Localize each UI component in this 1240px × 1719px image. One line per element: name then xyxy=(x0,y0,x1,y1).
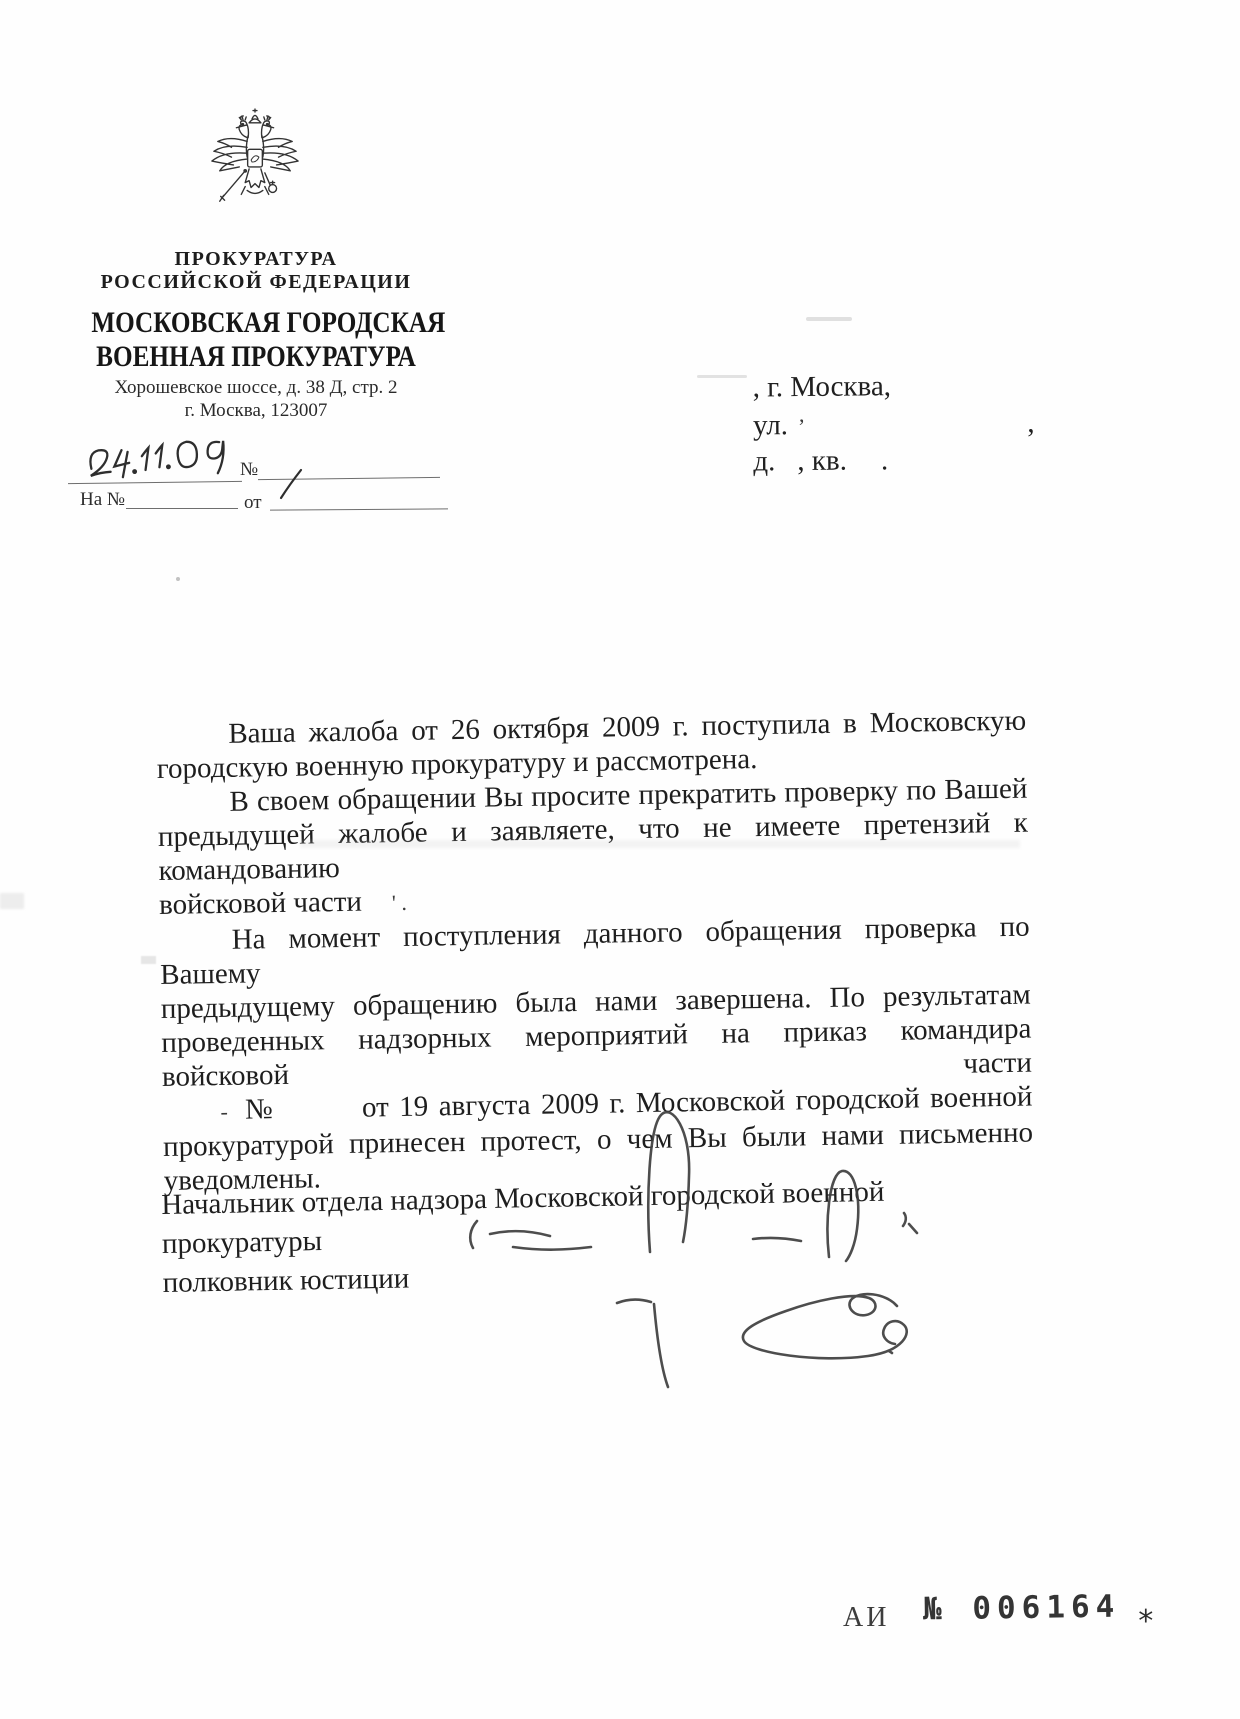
letterhead-address: Хорошевское шоссе, д. 38 Д, стр. 2 г. Мо… xyxy=(60,376,452,422)
outgoing-number-sign: № xyxy=(240,459,258,481)
ref-from-label: от xyxy=(244,492,262,514)
ref-number-underline xyxy=(126,508,238,509)
stamp-number: № 006164 xyxy=(923,1589,1121,1628)
org-name-line1: МОСКОВСКАЯ ГОРОДСКАЯ xyxy=(91,306,420,340)
scan-artifact xyxy=(141,956,156,964)
recipient-city-line: , г. Москва, xyxy=(753,367,1083,406)
scan-artifact xyxy=(0,893,24,909)
ref-from-underline xyxy=(270,508,448,510)
russian-coat-of-arms-icon xyxy=(206,106,304,222)
street-suffix: , xyxy=(1027,407,1035,439)
handwritten-slash xyxy=(278,468,304,500)
order-number-sign: № xyxy=(242,1093,277,1126)
letterhead-org-top: ПРОКУРАТУРА РОССИЙСКОЙ ФЕДЕРАЦИИ xyxy=(60,248,452,294)
redaction-remnant: ' . xyxy=(392,890,407,915)
scanned-letter-page: ПРОКУРАТУРА РОССИЙСКОЙ ФЕДЕРАЦИИ МОСКОВС… xyxy=(0,0,1240,1719)
address-line2: г. Москва, 123007 xyxy=(60,399,452,422)
org-top-line2: РОССИЙСКОЙ ФЕДЕРАЦИИ xyxy=(60,271,452,294)
recipient-house-line: д., кв.. xyxy=(753,441,1083,480)
handwritten-date xyxy=(84,438,244,480)
line-end-period: . xyxy=(881,444,889,476)
stamp-asterisk: * xyxy=(1137,1604,1155,1639)
redaction-mark: ’ xyxy=(798,414,806,439)
scan-artifact xyxy=(697,375,747,378)
house-label: д. xyxy=(753,445,775,477)
recipient-street-line: ул.’, xyxy=(753,405,1083,444)
street-prefix: ул. xyxy=(753,409,788,441)
apt-label: , кв. xyxy=(797,445,847,477)
org-top-line1: ПРОКУРАТУРА xyxy=(60,248,452,271)
scan-artifact xyxy=(176,577,180,581)
stamp-series: АИ xyxy=(843,1602,889,1634)
handwritten-signature-icon xyxy=(400,1080,980,1410)
registration-stamp: АИ № 006164 * xyxy=(843,1590,1155,1639)
ref-number-label: На № xyxy=(80,489,125,511)
address-line1: Хорошевское шоссе, д. 38 Д, стр. 2 xyxy=(60,376,452,399)
org-name-line2: ВОЕННАЯ ПРОКУРАТУРА xyxy=(91,340,420,374)
scan-artifact xyxy=(806,317,852,321)
recipient-address: , г. Москва, ул.’, д., кв.. xyxy=(753,367,1084,480)
redaction-dash: - xyxy=(220,1099,228,1124)
letterhead-org-name: МОСКОВСКАЯ ГОРОДСКАЯ ВОЕННАЯ ПРОКУРАТУРА xyxy=(91,306,420,374)
